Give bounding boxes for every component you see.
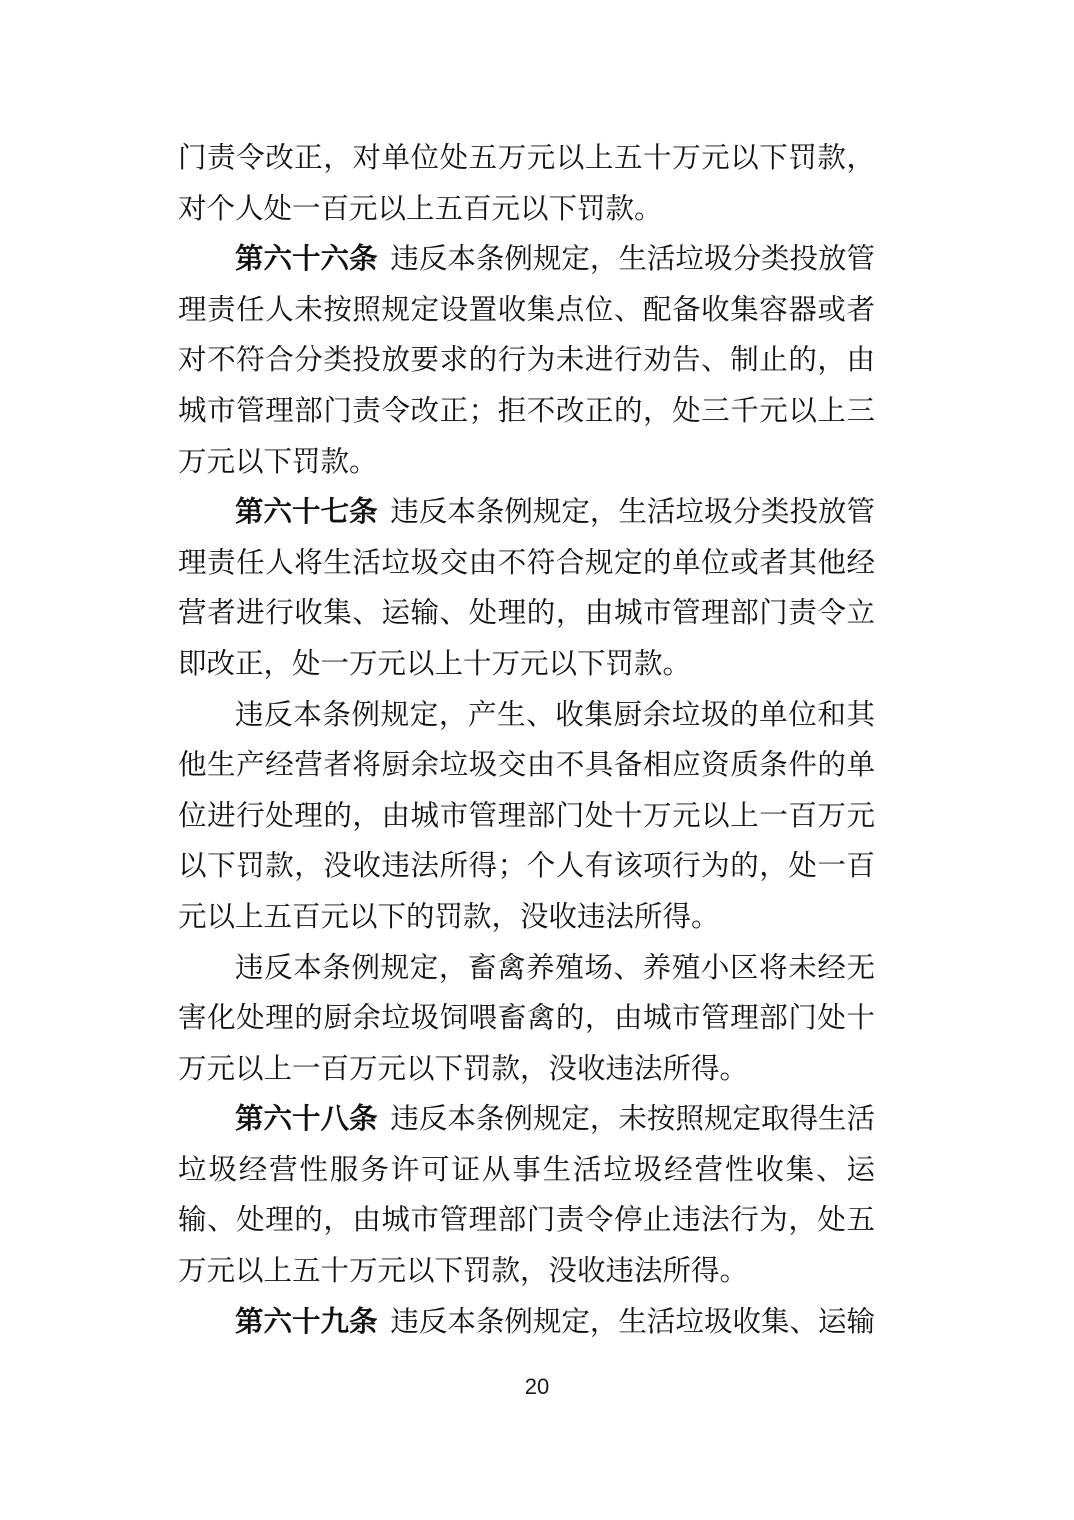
line-text: 违反本条例规定，生活垃圾收集、运输: [390, 1307, 875, 1338]
line-text: 违反本条例规定，畜禽养殖场、养殖小区将未经无: [235, 953, 875, 984]
text-line: 对不符合分类投放要求的行为未进行劝告、制止的，由: [178, 336, 875, 387]
text-line: 理责任人未按照规定设置收集点位、配备收集容器或者: [178, 286, 875, 337]
text-line: 门责令改正，对单位处五万元以上五十万元以下罚款，: [178, 134, 875, 185]
document-page: 门责令改正，对单位处五万元以上五十万元以下罚款， 对个人处一百元以上五百元以下罚…: [0, 0, 1074, 1520]
line-text: 万元以下罚款。: [178, 447, 378, 478]
line-text: 害化处理的厨余垃圾饲喂畜禽的，由城市管理部门处十: [178, 1003, 875, 1034]
article-number: 第六十六条: [235, 244, 378, 275]
text-line: 违反本条例规定，畜禽养殖场、养殖小区将未经无: [178, 944, 875, 995]
text-line: 垃圾经营性服务许可证从事生活垃圾经营性收集、运: [178, 1146, 875, 1197]
document-body: 门责令改正，对单位处五万元以上五十万元以下罚款， 对个人处一百元以上五百元以下罚…: [178, 134, 875, 1348]
text-line: 第六十九条违反本条例规定，生活垃圾收集、运输: [178, 1298, 875, 1349]
page-number: 20: [525, 1374, 549, 1399]
text-line: 第六十八条违反本条例规定，未按照规定取得生活: [178, 1095, 875, 1146]
line-text: 即改正，处一万元以上十万元以下罚款。: [178, 649, 691, 680]
line-text: 违反本条例规定，生活垃圾分类投放管: [390, 244, 875, 275]
line-text: 理责任人未按照规定设置收集点位、配备收集容器或者: [178, 295, 875, 326]
page-footer: 20: [0, 1374, 1074, 1400]
text-line: 营者进行收集、运输、处理的，由城市管理部门责令立: [178, 589, 875, 640]
line-text: 违反本条例规定，生活垃圾分类投放管: [390, 497, 875, 528]
text-line: 对个人处一百元以上五百元以下罚款。: [178, 185, 875, 236]
line-text: 营者进行收集、运输、处理的，由城市管理部门责令立: [178, 598, 875, 629]
line-text: 对个人处一百元以上五百元以下罚款。: [178, 194, 663, 225]
text-line: 输、处理的，由城市管理部门责令停止违法行为，处五: [178, 1196, 875, 1247]
text-line: 万元以上五十万元以下罚款，没收违法所得。: [178, 1247, 875, 1298]
line-text: 违反本条例规定，未按照规定取得生活: [390, 1104, 875, 1135]
text-line: 第六十七条违反本条例规定，生活垃圾分类投放管: [178, 488, 875, 539]
line-text: 对不符合分类投放要求的行为未进行劝告、制止的，由: [178, 345, 875, 376]
line-text: 他生产经营者将厨余垃圾交由不具备相应资质条件的单: [178, 750, 875, 781]
text-line: 元以上五百元以下的罚款，没收违法所得。: [178, 893, 875, 944]
line-text: 元以上五百元以下的罚款，没收违法所得。: [178, 902, 720, 933]
line-text: 万元以上五十万元以下罚款，没收违法所得。: [178, 1256, 748, 1287]
text-line: 位进行处理的，由城市管理部门处十万元以上一百万元: [178, 792, 875, 843]
line-text: 垃圾经营性服务许可证从事生活垃圾经营性收集、运: [178, 1155, 875, 1186]
article-number: 第六十九条: [235, 1307, 378, 1338]
line-text: 违反本条例规定，产生、收集厨余垃圾的单位和其: [235, 700, 875, 731]
text-line: 以下罚款，没收违法所得；个人有该项行为的，处一百: [178, 842, 875, 893]
text-line: 第六十六条违反本条例规定，生活垃圾分类投放管: [178, 235, 875, 286]
line-text: 门责令改正，对单位处五万元以上五十万元以下罚款，: [178, 143, 875, 174]
text-line: 万元以上一百万元以下罚款，没收违法所得。: [178, 1045, 875, 1096]
text-line: 城市管理部门责令改正；拒不改正的，处三千元以上三: [178, 387, 875, 438]
line-text: 位进行处理的，由城市管理部门处十万元以上一百万元: [178, 801, 875, 832]
article-number: 第六十八条: [235, 1104, 378, 1135]
line-text: 理责任人将生活垃圾交由不符合规定的单位或者其他经: [178, 548, 875, 579]
text-line: 即改正，处一万元以上十万元以下罚款。: [178, 640, 875, 691]
article-number: 第六十七条: [235, 497, 378, 528]
line-text: 以下罚款，没收违法所得；个人有该项行为的，处一百: [178, 851, 875, 882]
text-line: 他生产经营者将厨余垃圾交由不具备相应资质条件的单: [178, 741, 875, 792]
text-line: 害化处理的厨余垃圾饲喂畜禽的，由城市管理部门处十: [178, 994, 875, 1045]
line-text: 城市管理部门责令改正；拒不改正的，处三千元以上三: [178, 396, 875, 427]
text-line: 违反本条例规定，产生、收集厨余垃圾的单位和其: [178, 691, 875, 742]
line-text: 万元以上一百万元以下罚款，没收违法所得。: [178, 1054, 748, 1085]
text-line: 理责任人将生活垃圾交由不符合规定的单位或者其他经: [178, 539, 875, 590]
line-text: 输、处理的，由城市管理部门责令停止违法行为，处五: [178, 1205, 875, 1236]
text-line: 万元以下罚款。: [178, 438, 875, 489]
